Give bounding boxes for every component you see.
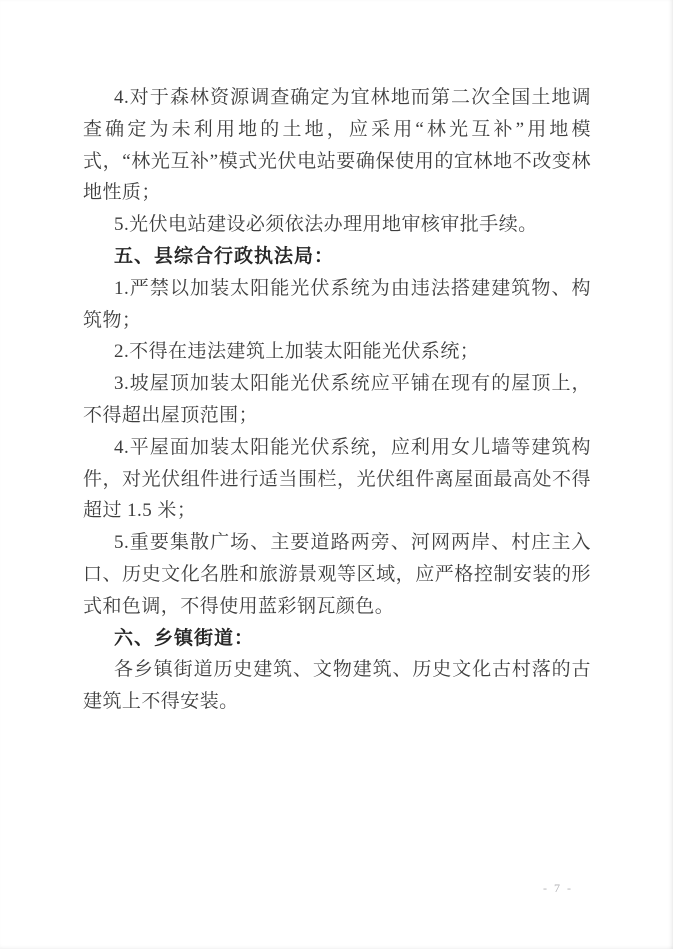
paragraph-item3-sloped-roof: 3.坡屋顶加装太阳能光伏系统应平铺在现有的屋顶上，不得超出屋顶范围； [83,368,591,432]
document-page: 4.对于森林资源调查确定为宜林地而第二次全国土地调查确定为未利用地的土地，应采用… [0,0,673,949]
section-heading-six-townships: 六、乡镇街道： [83,623,591,655]
section-heading-five-enforcement-bureau: 五、县综合行政执法局： [83,241,591,273]
paragraph-item5-land-approval: 5.光伏电站建设必须依法办理用地审核审批手续。 [83,209,591,241]
paragraph-item4-forest-land: 4.对于森林资源调查确定为宜林地而第二次全国土地调查确定为未利用地的土地，应采用… [83,82,591,209]
paragraph-township-historic-buildings: 各乡镇街道历史建筑、文物建筑、历史文化古村落的古建筑上不得安装。 [83,654,591,718]
paragraph-item4-flat-roof: 4.平屋面加装太阳能光伏系统，应利用女儿墙等建筑构件，对光伏组件进行适当围栏，光… [83,432,591,527]
paragraph-item1-illegal-structures: 1.严禁以加装太阳能光伏系统为由违法搭建建筑物、构筑物； [83,273,591,337]
document-body: 4.对于森林资源调查确定为宜林地而第二次全国土地调查确定为未利用地的土地，应采用… [83,82,591,718]
paragraph-item2-illegal-buildings: 2.不得在违法建筑上加装太阳能光伏系统； [83,336,591,368]
page-number: - 7 - [543,880,573,896]
paragraph-item5-key-areas: 5.重要集散广场、主要道路两旁、河网两岸、村庄主入口、历史文化名胜和旅游景观等区… [83,527,591,622]
